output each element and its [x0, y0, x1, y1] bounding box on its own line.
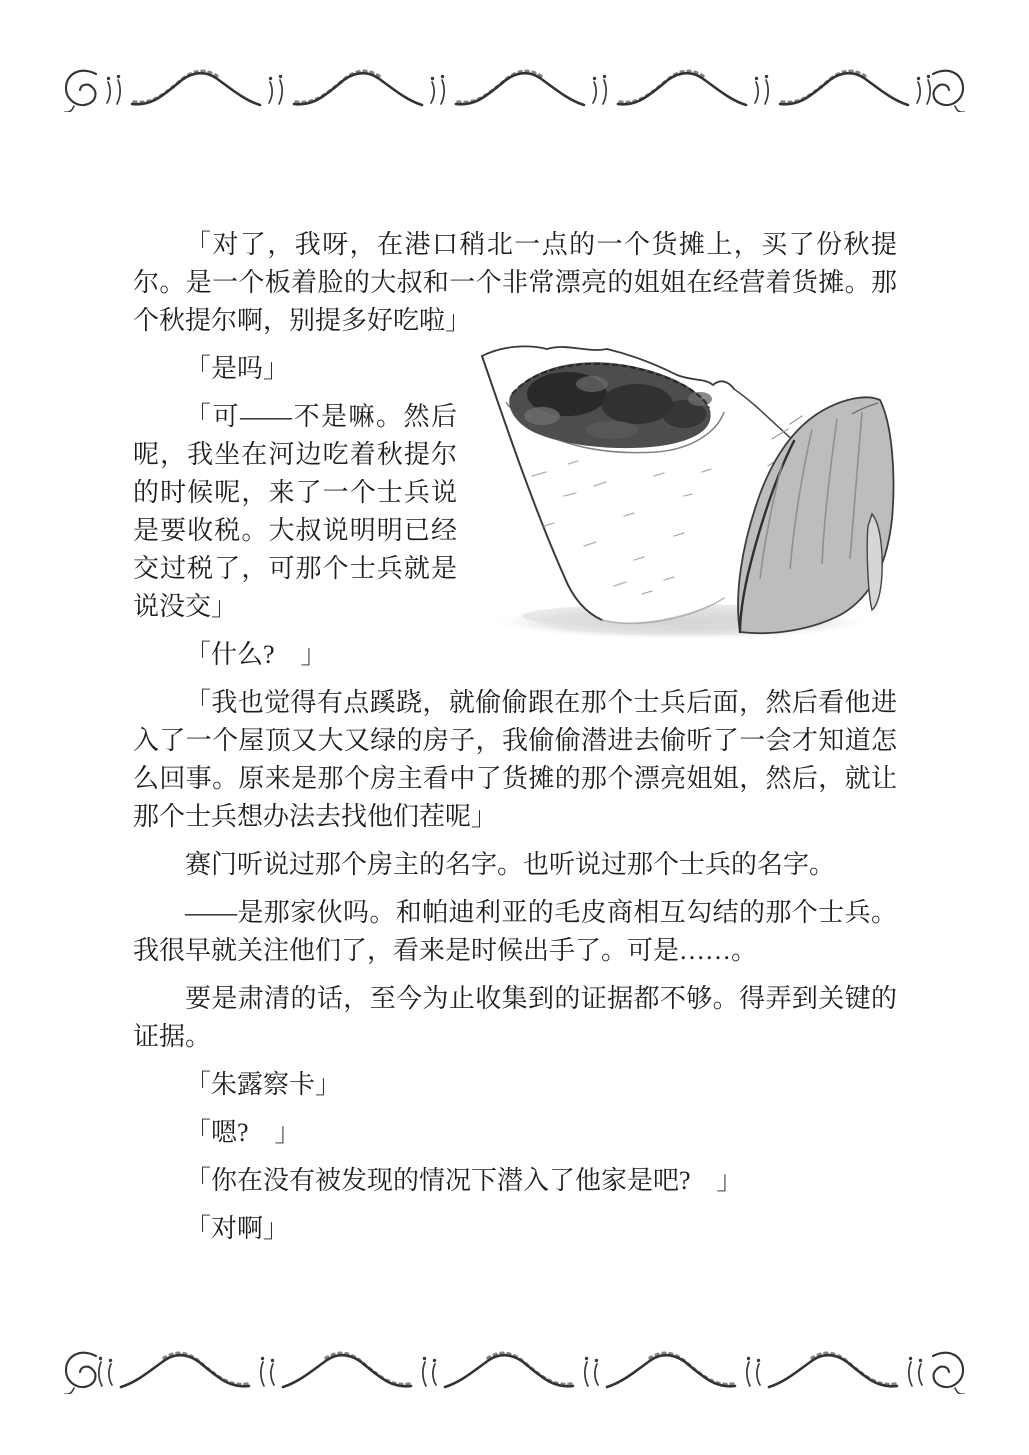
paragraph: 「朱露察卡」 [133, 1066, 897, 1104]
paragraph: ——是那家伙吗。和帕迪利亚的毛皮商相互勾结的那个士兵。我很早就关注他们了，看来是… [133, 894, 897, 970]
paragraph: 要是肃清的话，至今为止收集到的证据都不够。得弄到关键的证据。 [133, 980, 897, 1056]
paragraph: 「我也觉得有点蹊跷，就偷偷跟在那个士兵后面，然后看他进入了一个屋顶又大又绿的房子… [133, 684, 897, 836]
novel-page: 「对了，我呀，在港口稍北一点的一个货摊上，买了份秋提尔。是一个板着脸的大叔和一个… [0, 0, 1029, 1455]
paragraph: 「对了，我呀，在港口稍北一点的一个货摊上，买了份秋提尔。是一个板着脸的大叔和一个… [133, 226, 897, 340]
page-text-block: 「对了，我呀，在港口稍北一点的一个货摊上，买了份秋提尔。是一个板着脸的大叔和一个… [133, 226, 897, 1258]
paragraph: 「嗯? 」 [133, 1114, 897, 1152]
top-flourish-ornament [62, 64, 967, 112]
chutir-sketch-drawing [472, 344, 897, 639]
chutir-illustration [472, 344, 897, 639]
paragraph: 「对啊」 [133, 1210, 897, 1248]
paragraph: 「你在没有被发现的情况下潜入了他家是吧? 」 [133, 1162, 897, 1200]
paragraph: 「什么? 」 [133, 636, 897, 674]
paragraph: 赛门听说过那个房主的名字。也听说过那个士兵的名字。 [133, 846, 897, 884]
bottom-flourish-ornament [62, 1346, 967, 1394]
